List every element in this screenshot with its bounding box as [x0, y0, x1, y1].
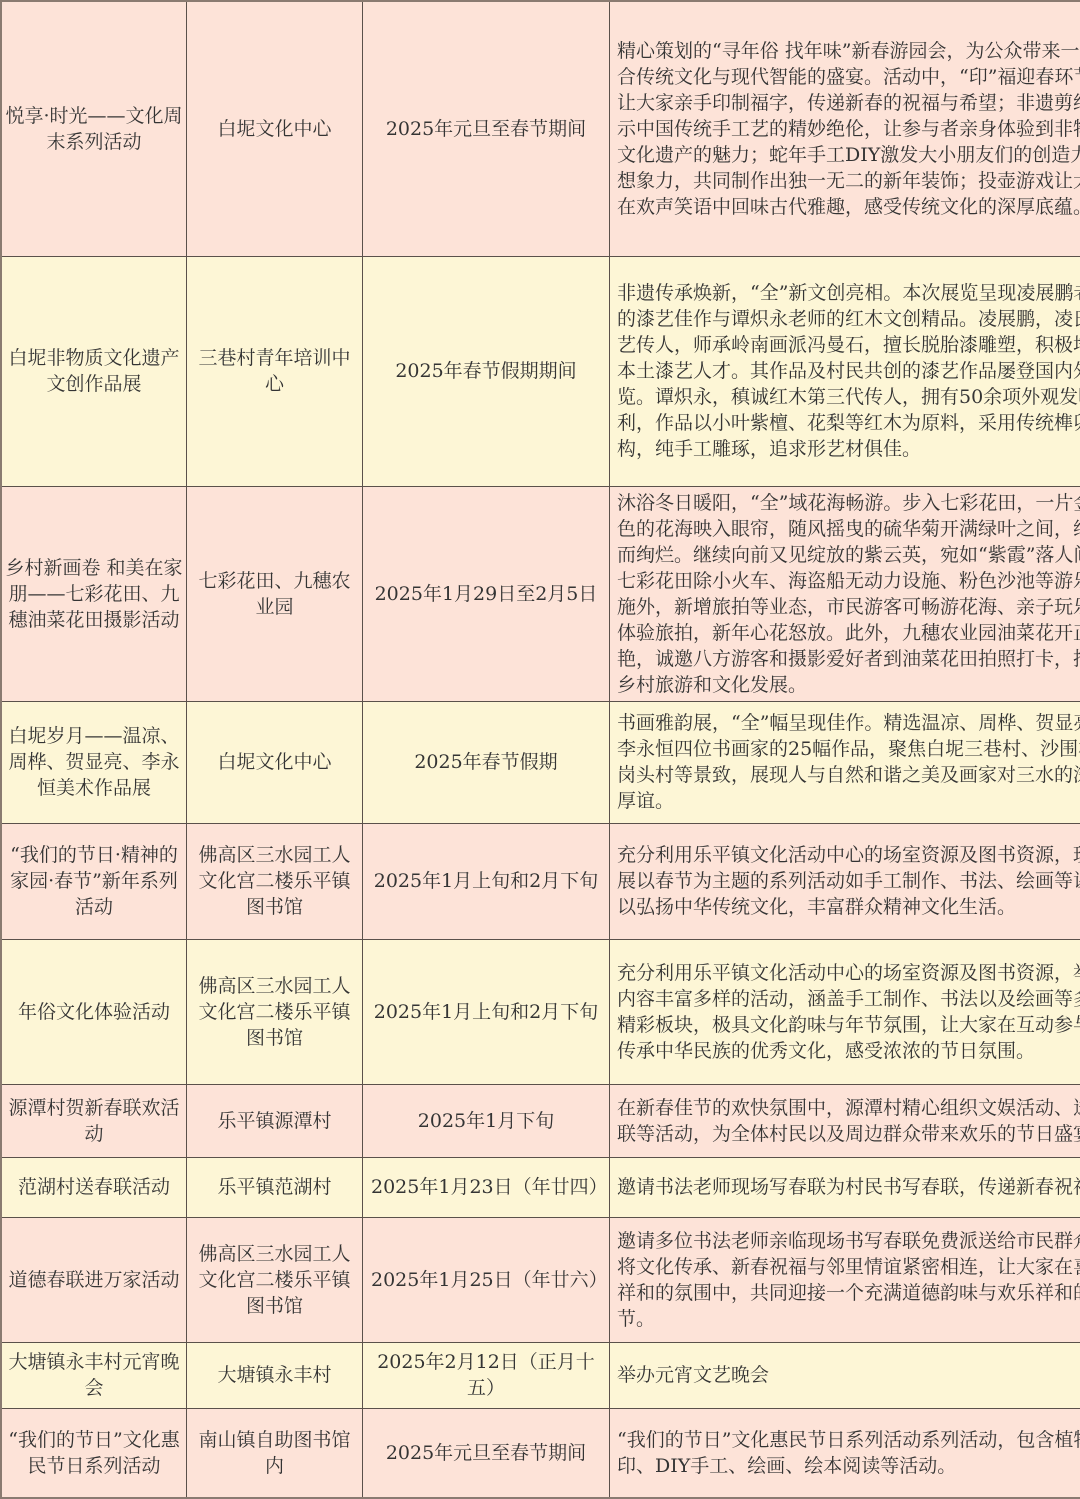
table-row: “我们的节日·精神的家园·春节”新年系列活动 佛高区三水园工人文化宫二楼乐平镇图… — [1, 823, 1080, 939]
table-row: 白坭岁月——温凉、周桦、贺显亮、李永恒美术作品展 白坭文化中心 2025年春节假… — [1, 701, 1080, 823]
table-row: 范湖村送春联活动 乐平镇范湖村 2025年1月23日（年廿四） 邀请书法老师现场… — [1, 1157, 1080, 1217]
table-row: 乡村新画卷 和美在家朋——七彩花田、九穗油菜花田摄影活动 七彩花田、九穗农业园 … — [1, 486, 1080, 701]
activity-name-cell: 乡村新画卷 和美在家朋——七彩花田、九穗油菜花田摄影活动 — [1, 486, 187, 701]
activity-name-cell: 白坭岁月——温凉、周桦、贺显亮、李永恒美术作品展 — [1, 701, 187, 823]
activity-name-cell: “我们的节日·精神的家园·春节”新年系列活动 — [1, 823, 187, 939]
description-cell: 非遗传承焕新，“全”新文创亮相。本次展览呈现凌展鹏老师的漆艺佳作与谭炽永老师的红… — [610, 256, 1080, 486]
table-row: 年俗文化体验活动 佛高区三水园工人文化宫二楼乐平镇图书馆 2025年1月上旬和2… — [1, 939, 1080, 1084]
venue-cell: 佛高区三水园工人文化宫二楼乐平镇图书馆 — [187, 939, 363, 1084]
activity-name-cell: 大塘镇永丰村元宵晚会 — [1, 1342, 187, 1408]
activity-name-cell: “我们的节日”文化惠民节日系列活动 — [1, 1408, 187, 1498]
venue-cell: 南山镇自助图书馆内 — [187, 1408, 363, 1498]
description-cell: “我们的节日”文化惠民节日系列活动系列活动，包含植物拓印、DIY手工、绘画、绘本… — [610, 1408, 1080, 1498]
venue-cell: 白坭文化中心 — [187, 1, 363, 256]
activity-name-cell: 源潭村贺新春联欢活动 — [1, 1084, 187, 1157]
activity-name-cell: 白坭非物质文化遗产文创作品展 — [1, 256, 187, 486]
table-row: 道德春联进万家活动 佛高区三水园工人文化宫二楼乐平镇图书馆 2025年1月25日… — [1, 1217, 1080, 1342]
table-row: 源潭村贺新春联欢活动 乐平镇源潭村 2025年1月下旬 在新春佳节的欢快氛围中，… — [1, 1084, 1080, 1157]
description-cell: 邀请多位书法老师亲临现场书写春联免费派送给市民群众，将文化传承、新春祝福与邻里情… — [610, 1217, 1080, 1342]
activity-name-cell: 年俗文化体验活动 — [1, 939, 187, 1084]
description-cell: 沐浴冬日暖阳，“全”域花海畅游。步入七彩花田，一片金黄色的花海映入眼帘，随风摇曳… — [610, 486, 1080, 701]
date-cell: 2025年2月12日（正月十五） — [363, 1342, 610, 1408]
date-cell: 2025年1月23日（年廿四） — [363, 1157, 610, 1217]
description-cell: 举办元宵文艺晚会 — [610, 1342, 1080, 1408]
venue-cell: 白坭文化中心 — [187, 701, 363, 823]
description-cell: 充分利用乐平镇文化活动中心的场室资源及图书资源，举办内容丰富多样的活动，涵盖手工… — [610, 939, 1080, 1084]
description-cell: 邀请书法老师现场写春联为村民书写春联，传递新春祝福。 — [610, 1157, 1080, 1217]
date-cell: 2025年春节假期期间 — [363, 256, 610, 486]
description-cell: 充分利用乐平镇文化活动中心的场室资源及图书资源，现开展以春节为主题的系列活动如手… — [610, 823, 1080, 939]
date-cell: 2025年元旦至春节期间 — [363, 1, 610, 256]
spring-festival-activities-table: 悦享·时光——文化周末系列活动 白坭文化中心 2025年元旦至春节期间 精心策划… — [0, 0, 1080, 1499]
venue-cell: 佛高区三水园工人文化宫二楼乐平镇图书馆 — [187, 823, 363, 939]
venue-cell: 乐平镇范湖村 — [187, 1157, 363, 1217]
venue-cell: 乐平镇源潭村 — [187, 1084, 363, 1157]
table-row: 白坭非物质文化遗产文创作品展 三巷村青年培训中心 2025年春节假期期间 非遗传… — [1, 256, 1080, 486]
venue-cell: 七彩花田、九穗农业园 — [187, 486, 363, 701]
activity-name-cell: 范湖村送春联活动 — [1, 1157, 187, 1217]
description-cell: 精心策划的“寻年俗 找年味”新春游园会，为公众带来一场融合传统文化与现代智能的盛… — [610, 1, 1080, 256]
description-cell: 在新春佳节的欢快氛围中，源潭村精心组织文娱活动、送春联等活动，为全体村民以及周边… — [610, 1084, 1080, 1157]
activity-name-cell: 道德春联进万家活动 — [1, 1217, 187, 1342]
date-cell: 2025年1月上旬和2月下旬 — [363, 823, 610, 939]
date-cell: 2025年元旦至春节期间 — [363, 1408, 610, 1498]
date-cell: 2025年1月上旬和2月下旬 — [363, 939, 610, 1084]
date-cell: 2025年1月29日至2月5日 — [363, 486, 610, 701]
venue-cell: 大塘镇永丰村 — [187, 1342, 363, 1408]
table-row: “我们的节日”文化惠民节日系列活动 南山镇自助图书馆内 2025年元旦至春节期间… — [1, 1408, 1080, 1498]
date-cell: 2025年春节假期 — [363, 701, 610, 823]
date-cell: 2025年1月下旬 — [363, 1084, 610, 1157]
table-row: 悦享·时光——文化周末系列活动 白坭文化中心 2025年元旦至春节期间 精心策划… — [1, 1, 1080, 256]
table-body: 悦享·时光——文化周末系列活动 白坭文化中心 2025年元旦至春节期间 精心策划… — [1, 1, 1080, 1498]
venue-cell: 三巷村青年培训中心 — [187, 256, 363, 486]
activity-name-cell: 悦享·时光——文化周末系列活动 — [1, 1, 187, 256]
table-row: 大塘镇永丰村元宵晚会 大塘镇永丰村 2025年2月12日（正月十五） 举办元宵文… — [1, 1342, 1080, 1408]
date-cell: 2025年1月25日（年廿六） — [363, 1217, 610, 1342]
venue-cell: 佛高区三水园工人文化宫二楼乐平镇图书馆 — [187, 1217, 363, 1342]
description-cell: 书画雅韵展，“全”幅呈现佳作。精选温凉、周桦、贺显亮、李永恒四位书画家的25幅作… — [610, 701, 1080, 823]
